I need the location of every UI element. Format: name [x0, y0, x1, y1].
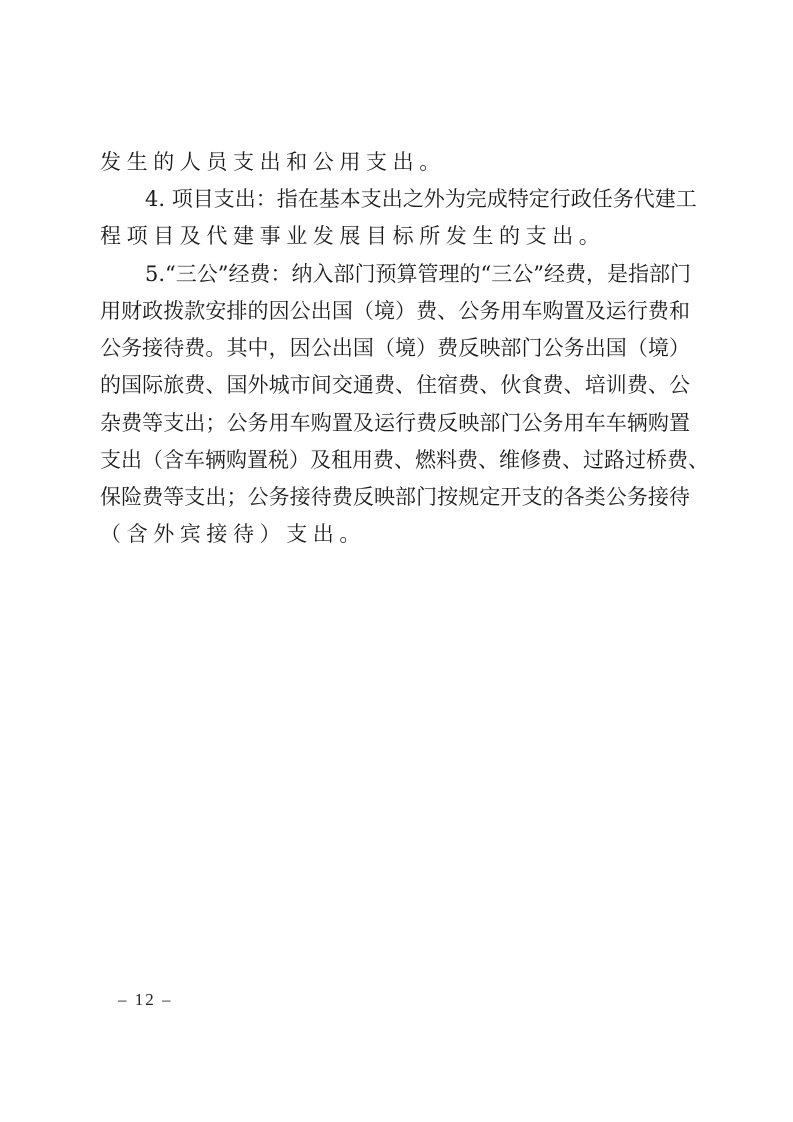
paragraph-line: （含外宾接待）支出。 — [100, 516, 690, 553]
paragraph-line: 的国际旅费、国外城市间交通费、住宿费、伙食费、培训费、公 — [100, 367, 690, 404]
paragraph-line: 杂费等支出；公务用车购置及运行费反映部门公务用车车辆购置 — [100, 405, 690, 442]
paragraph-line: 保险费等支出；公务接待费反映部门按规定开支的各类公务接待 — [100, 479, 690, 516]
paragraph-line: 支出（含车辆购置税）及租用费、燃料费、维修费、过路过桥费、 — [100, 442, 690, 479]
item-5-heading-line: 5.“三公”经费：纳入部门预算管理的“三公”经费，是指部门 — [145, 256, 690, 293]
document-page: 发生的人员支出和公用支出。 4. 项目支出：指在基本支出之外为完成特定行政任务代… — [0, 0, 793, 1122]
paragraph-line: 用财政拨款安排的因公出国（境）费、公务用车购置及运行费和 — [100, 293, 690, 330]
paragraph-line: 发生的人员支出和公用支出。 — [100, 144, 690, 181]
paragraph-line: 公务接待费。其中，因公出国（境）费反映部门公务出国（境） — [100, 330, 690, 367]
item-4-heading-line: 4. 项目支出：指在基本支出之外为完成特定行政任务代建工 — [145, 181, 690, 218]
page-number: – 12 – — [118, 990, 173, 1010]
paragraph-line: 程项目及代建事业发展目标所发生的支出。 — [100, 218, 690, 255]
